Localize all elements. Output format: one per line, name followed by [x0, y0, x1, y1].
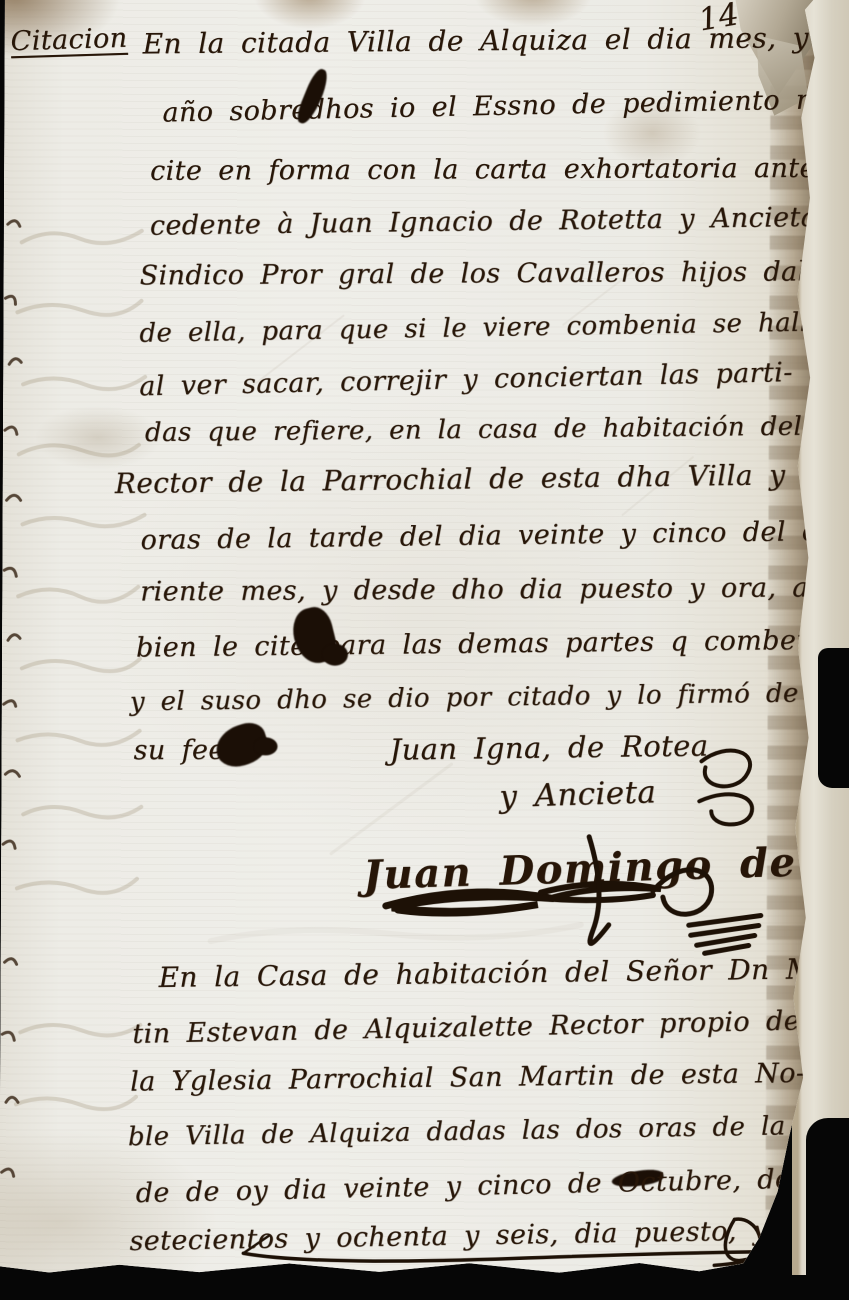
ink-blot	[322, 644, 348, 666]
manuscript-line: setecientos y ochenta y seis, dia puesto…	[129, 1215, 831, 1258]
manuscript-line: año sobredhos io el Essno de pedimiento …	[162, 83, 849, 128]
manuscript-line: bien le cité para las demas partes q com…	[136, 624, 849, 663]
manuscript-line: cite en forma con la carta exhortatoria …	[150, 153, 825, 187]
manuscript-line: su fee	[133, 735, 224, 766]
manuscript-line: al ver sacar, correjir y conciertan las …	[139, 357, 793, 402]
manuscript-line: tin Estevan de Alquizalette Rector propi…	[132, 1006, 800, 1050]
manuscript-page: 14 Citacion En la citada Villa de Alquiz…	[0, 0, 817, 1288]
manuscript-line: Sindico Pror gral de los Cavalleros hijo…	[140, 256, 841, 291]
manuscript-line: y el suso dho se dio por citado y lo fir…	[130, 678, 849, 718]
attestation-signature-line1: Juan Igna, de Rotea	[389, 729, 708, 767]
manuscript-scan: 14 Citacion En la citada Villa de Alquiz…	[0, 0, 849, 1300]
manuscript-line: riente mes, y desde dho dia puesto y ora…	[140, 572, 842, 607]
manuscript-line: de de oy dia veinte y cinco de Octubre, …	[135, 1163, 849, 1210]
manuscript-line: oras de la tarde del dia veinte y cinco …	[140, 516, 849, 556]
manuscript-line: ble Villa de Alquiza dadas las dos oras …	[128, 1110, 849, 1152]
margin-note-citacion: Citacion	[10, 23, 128, 58]
manuscript-line: la Yglesia Parrochial San Martin de esta…	[130, 1058, 806, 1098]
manuscript-line: En la Casa de habitación del Señor Dn Ma…	[158, 952, 849, 994]
ink-blot	[253, 737, 277, 755]
scan-background-gap	[818, 648, 849, 788]
scan-background-gap	[806, 1118, 849, 1300]
attestation-signature-line2: y Ancieta	[499, 774, 657, 815]
manuscript-line: cedente à Juan Ignacio de Rotetta y Anci…	[150, 202, 818, 242]
manuscript-line: Rector de la Parrochial de esta dha Vill…	[115, 458, 849, 501]
manuscript-line: de ella, para que si le viere combenia s…	[139, 306, 849, 349]
manuscript-line: das que refiere, en la casa de habitació…	[145, 411, 849, 448]
manuscript-line: En la citada Villa de Alquiza el dia mes…	[142, 21, 809, 60]
